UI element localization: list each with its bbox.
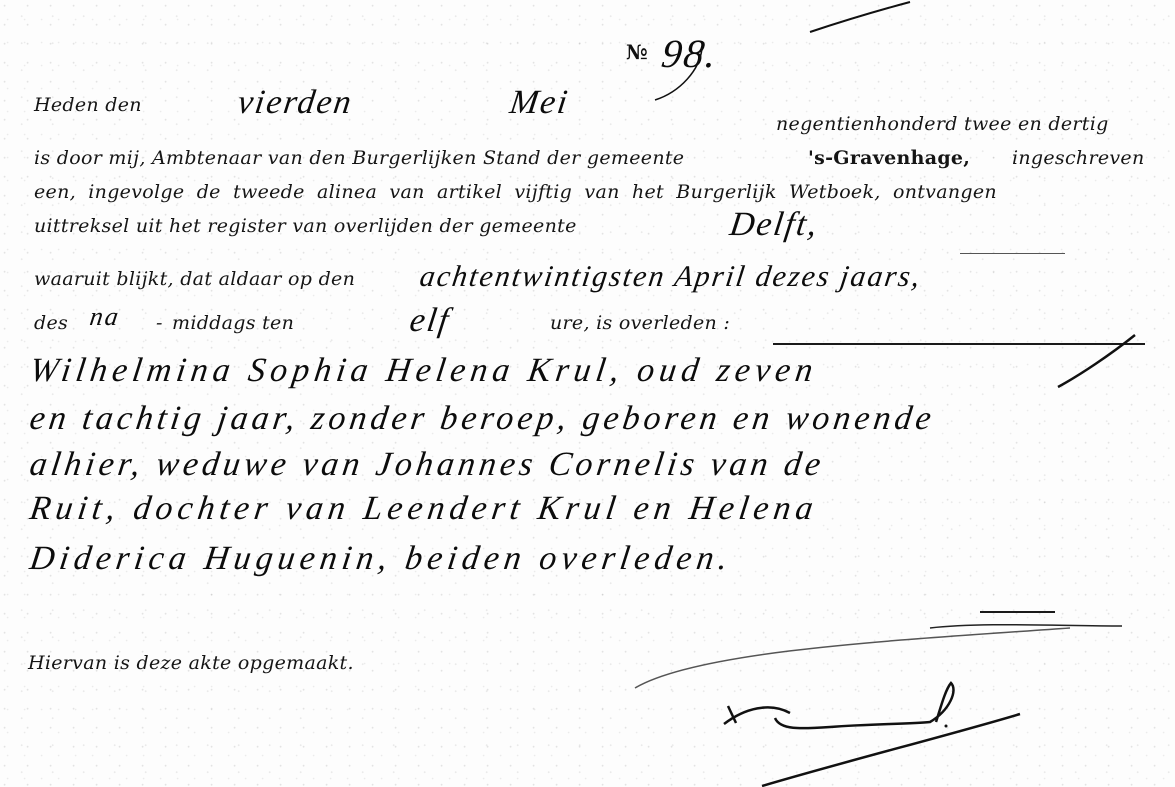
handwritten-death-date: achtentwintigsten April dezes jaars, xyxy=(418,260,924,294)
text-closing: Hiervan is deze akte opgemaakt. xyxy=(28,652,354,674)
dash: - xyxy=(156,312,163,334)
text-city: 's-Gravenhage, xyxy=(808,147,970,169)
certificate-number: 98. xyxy=(659,30,722,77)
text-des: des xyxy=(34,312,68,334)
handwritten-body-line-2: en tachtig jaar, zonder beroep, geboren … xyxy=(27,400,937,438)
text-overleden: ure, is overleden : xyxy=(550,312,730,334)
fill-line xyxy=(960,253,1065,254)
text-ingeschreven: ingeschreven xyxy=(1012,147,1145,169)
handwritten-hour: elf xyxy=(407,302,452,340)
number-sign: № xyxy=(626,40,648,64)
text-middags: middags ten xyxy=(172,312,294,334)
handwritten-body-line-3: alhier, weduwe van Johannes Cornelis van… xyxy=(27,446,827,484)
top-pen-stroke xyxy=(810,2,910,32)
handwritten-municipality: Delft, xyxy=(727,206,821,244)
text-year: negentienhonderd twee en dertig xyxy=(776,113,1109,135)
fill-line xyxy=(980,611,1055,613)
fill-line xyxy=(773,343,1145,345)
text-waaruit: waaruit blijkt, dat aldaar op den xyxy=(34,268,355,290)
handwritten-body-line-5: Diderica Huguenin, beiden overleden. xyxy=(27,540,734,578)
handwritten-day: vierden xyxy=(235,84,355,122)
death-certificate-page: № 98. Heden den vierden Mei negentienhon… xyxy=(0,0,1175,787)
handwritten-period: na xyxy=(88,302,122,332)
handwritten-body-line-4: Ruit, dochter van Leendert Krul en Helen… xyxy=(27,490,820,528)
text-uittreksel: uittreksel uit het register van overlijd… xyxy=(34,215,577,237)
handwritten-body-line-1: Wilhelmina Sophia Helena Krul, oud zeven xyxy=(27,352,820,390)
signature xyxy=(635,628,1070,786)
text-registrar: is door mij, Ambtenaar van den Burgerlij… xyxy=(34,147,684,169)
text-article: een, ingevolge de tweede alinea van arti… xyxy=(34,181,997,203)
handwritten-month: Mei xyxy=(507,84,571,122)
text-heden-den: Heden den xyxy=(34,94,142,116)
